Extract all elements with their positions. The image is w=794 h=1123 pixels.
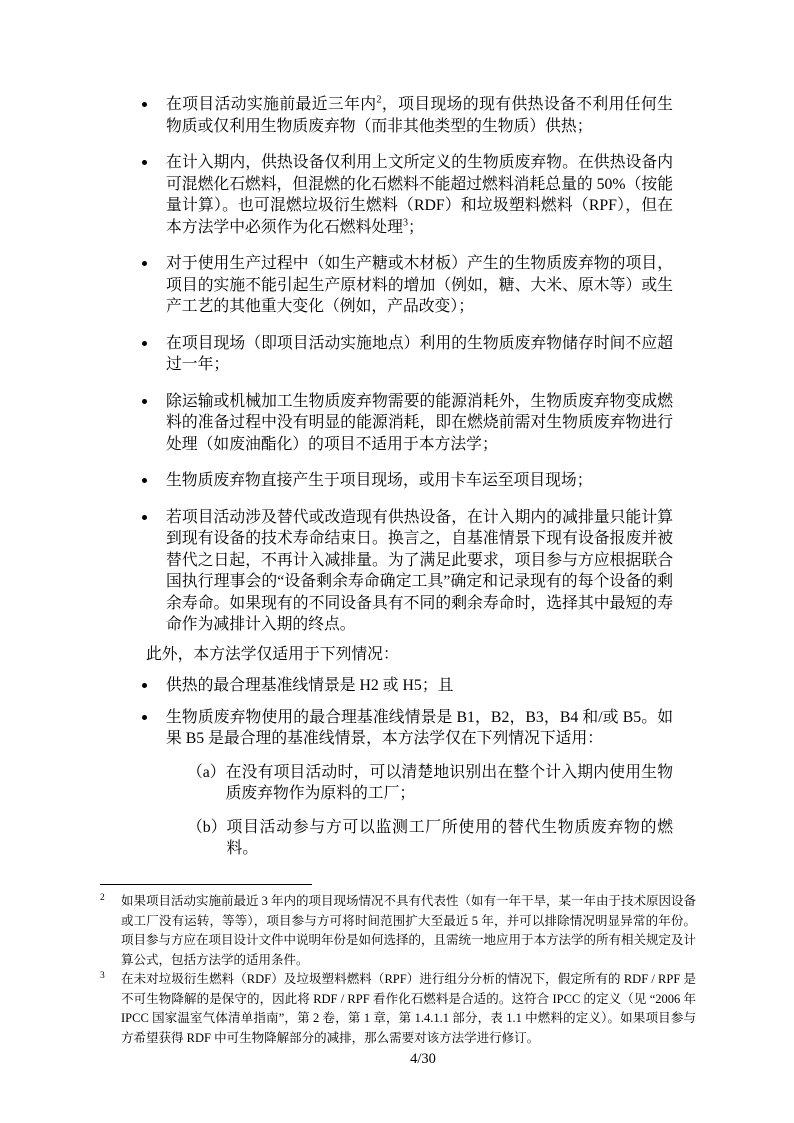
footnote-2: 2 如果项目活动实施前最近 3 年内的项目现场情况不具有代表性（如有一年干旱，某… [100,892,696,970]
bullet-text: 除运输或机械加工生物质废弃物需要的能源消耗外，生物质废弃物变成燃料的准备过程中没… [166,391,673,456]
bullet-text: 在计入期内，供热设备仅利用上文所定义的生物质废弃物。在供热设备内可混燃化石燃料，… [166,152,673,238]
bullet-icon [140,333,166,376]
footnote-marker: 2 [100,889,121,967]
sub-condition-marker: （a） [187,762,226,805]
bullet-item-4: 在项目现场（即项目活动实施地点）利用的生物质废弃物储存时间不应超过一年； [140,333,673,376]
bullet-item-5: 除运输或机械加工生物质废弃物需要的能源消耗外，生物质废弃物变成燃料的准备过程中没… [140,391,673,456]
bullet-icon [140,94,166,137]
footnote-3: 3 在未对垃圾衍生燃料（RDF）及垃圾塑料燃料（RPF）进行组分分析的情况下，假… [100,970,696,1048]
bullet-icon [140,152,166,238]
bullet-text-post: ； [408,219,424,236]
footnote-separator [100,884,312,885]
condition-item-2: 生物质废弃物使用的最合理基准线情景是 B1，B2，B3，B4 和/或 B5。如果… [140,707,673,750]
footnote-marker: 3 [100,967,121,1045]
bullet-icon [140,507,166,636]
bullet-text: 在项目活动实施前最近三年内2，项目现场的现有供热设备不利用任何生物质或仅利用生物… [166,94,673,137]
footnote-text: 在未对垃圾衍生燃料（RDF）及垃圾塑料燃料（RPF）进行组分分析的情况下，假定所… [121,970,696,1048]
bullet-text: 在项目现场（即项目活动实施地点）利用的生物质废弃物储存时间不应超过一年； [166,333,673,376]
bullet-icon [140,253,166,318]
bullet-item-3: 对于使用生产过程中（如生产糖或木材板）产生的生物质废弃物的项目，项目的实施不能引… [140,253,673,318]
bullet-text: 生物质废弃物使用的最合理基准线情景是 B1，B2，B3，B4 和/或 B5。如果… [166,707,673,750]
footnote-text: 如果项目活动实施前最近 3 年内的项目现场情况不具有代表性（如有一年干旱，某一年… [121,892,696,970]
bullet-icon [140,470,166,492]
bullet-text-pre: 在项目活动实施前最近三年内 [166,96,377,113]
bullet-text: 生物质废弃物直接产生于项目现场，或用卡车运至项目现场； [166,470,673,492]
additional-conditions-intro: 此外，本方法学仅适用于下列情况： [146,644,673,666]
sub-condition-b: （b） 项目活动参与方可以监测工厂所使用的替代生物质废弃物的燃料。 [187,817,673,860]
bullet-text: 若项目活动涉及替代或改造现有供热设备，在计入期内的减排量只能计算到现有设备的技术… [166,507,673,636]
footnotes-section: 2 如果项目活动实施前最近 3 年内的项目现场情况不具有代表性（如有一年干旱，某… [100,884,696,1048]
bullet-text: 供热的最合理基准线情景是 H2 或 H5；且 [166,675,673,697]
bullet-item-7: 若项目活动涉及替代或改造现有供热设备，在计入期内的减排量只能计算到现有设备的技术… [140,507,673,636]
bullet-icon [140,391,166,456]
sub-condition-text: 在没有项目活动时，可以清楚地识别出在整个计入期内使用生物质废弃物作为原料的工厂； [226,762,673,805]
sub-condition-marker: （b） [187,817,227,860]
body-text-column: 在项目活动实施前最近三年内2，项目现场的现有供热设备不利用任何生物质或仅利用生物… [140,94,673,872]
bullet-item-2: 在计入期内，供热设备仅利用上文所定义的生物质废弃物。在供热设备内可混燃化石燃料，… [140,152,673,238]
condition-item-1: 供热的最合理基准线情景是 H2 或 H5；且 [140,675,673,697]
bullet-item-1: 在项目活动实施前最近三年内2，项目现场的现有供热设备不利用任何生物质或仅利用生物… [140,94,673,137]
bullet-item-6: 生物质废弃物直接产生于项目现场，或用卡车运至项目现场； [140,470,673,492]
page-number: 4/30 [0,1051,794,1068]
document-page: 在项目活动实施前最近三年内2，项目现场的现有供热设备不利用任何生物质或仅利用生物… [0,0,794,1123]
sub-condition-text: 项目活动参与方可以监测工厂所使用的替代生物质废弃物的燃料。 [227,817,674,860]
bullet-text: 对于使用生产过程中（如生产糖或木材板）产生的生物质废弃物的项目，项目的实施不能引… [166,253,673,318]
bullet-icon [140,675,166,697]
sub-condition-a: （a） 在没有项目活动时，可以清楚地识别出在整个计入期内使用生物质废弃物作为原料… [187,762,673,805]
bullet-icon [140,707,166,750]
